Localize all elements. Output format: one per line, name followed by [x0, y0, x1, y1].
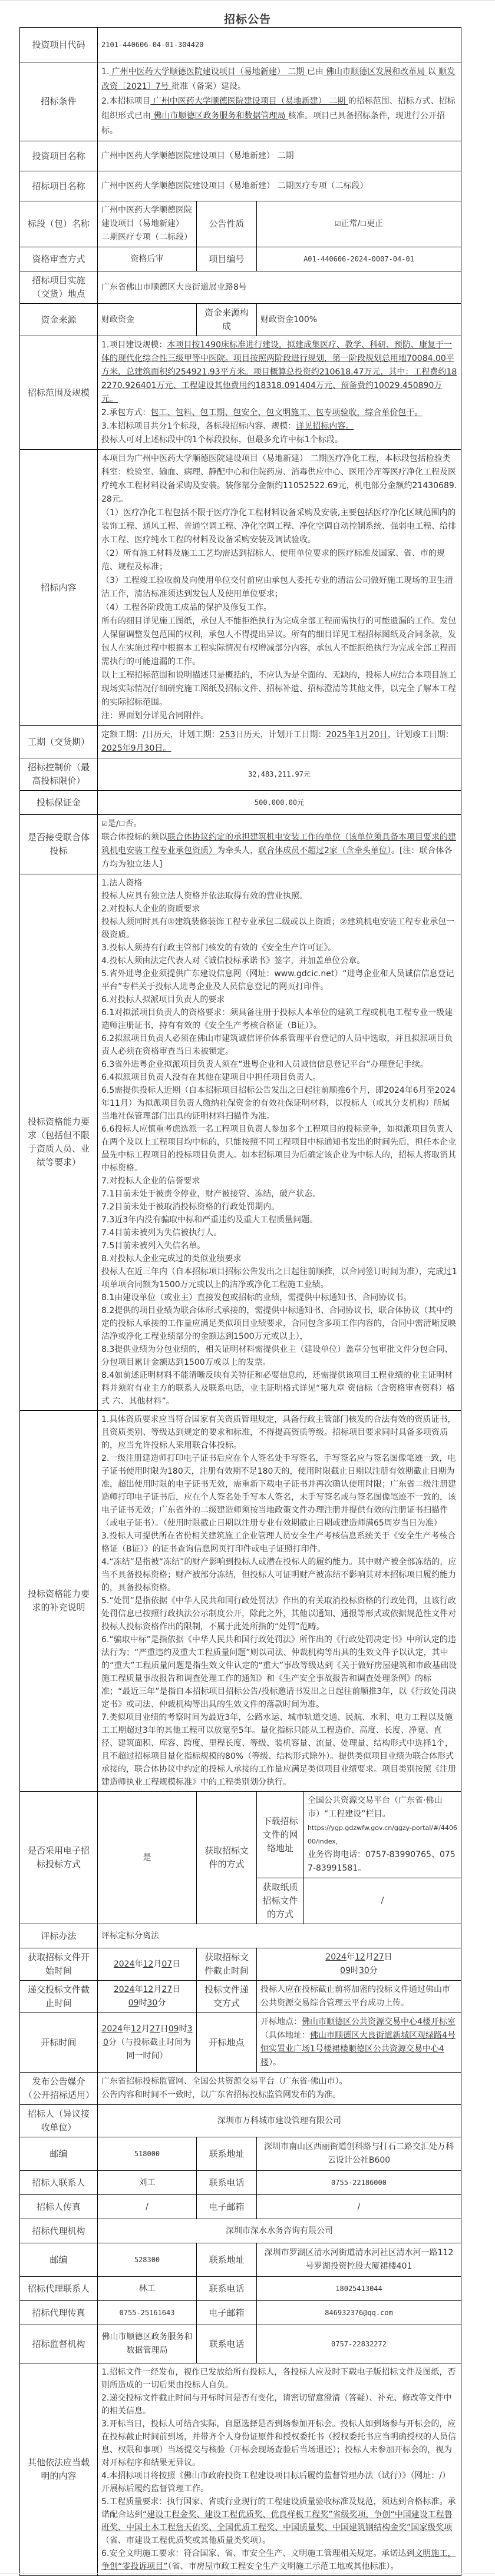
value-agent-zip: 528300 — [98, 2243, 197, 2277]
qualification-line: 6.5需提供投标人近期（自本招标项目招标公告发出之日起往前顺推6个月，即2024… — [101, 1084, 457, 1123]
content-paragraph: （1）医疗净化工程包括不限于医疗净化工程材料设备采购及安装,主要包括医疗净化区域… — [101, 506, 457, 547]
label-invest-name: 投资项目名称 — [20, 141, 98, 171]
other-line: 1.招标文件一经发布，视作已发放给所有投标人，各投标人应及时下载电子版招标文件及… — [101, 2366, 457, 2392]
qualification-line: 4.投标人须由法定代表人对《诚信投标承诺书》签字，并加盖单位公章。 — [101, 954, 457, 967]
qualification-line: 投标人须同时具有①建筑装修装饰工程专业承包二级或以上资质；②建筑机电安装工程专业… — [101, 916, 457, 941]
other-line: 2.递交投标文件截止时间与开标时间是否有变化，请密切留意澄清（答疑）、补充、修改… — [101, 2392, 457, 2418]
qualification-line: 6.1对拟派项目负责人的资格要求：须具备注册于投标人本单位的建筑工程或机电工程专… — [101, 1006, 457, 1032]
row-invest-name: 投资项目名称 广州中医药大学顺德医院建设项目（易地新建） 二期 — [20, 141, 461, 171]
content-paragraph: 注：界面划分详见合同附件。 — [101, 710, 457, 723]
value-nature: ☑正常/☐更正 — [257, 201, 461, 247]
value-condition: 1. 广州中医药大学顺德医院建设项目（易地新建） 二期 已由 佛山市顺德区发展和… — [98, 62, 461, 141]
value-paper: / — [304, 1878, 461, 1924]
qualification-line: 7.2目前未处于被取消投标资格的行政处罚期内。 — [101, 1201, 457, 1214]
label-tenderer-email: 电子邮箱 — [197, 2195, 257, 2219]
value-agent-addr: 深圳市罗湖区清水河街道清水河社区清水河一路112号罗湖投资控股大厦裙楼401 — [257, 2243, 461, 2277]
qualification-line: 6.对投标人拟派项目负责人的要求 — [101, 993, 457, 1006]
label-opening-place: 开标地点 — [197, 2013, 257, 2073]
row-scope: 招标范围及规模 1.项目建设规模：本项目按1490床标准进行建设，拟建成集医疗、… — [20, 336, 461, 450]
value-electronic: 是 — [98, 1792, 197, 1924]
download-link[interactable]: https://ygp.gdzwfw.gov.cn/ggzy-portal/#/… — [308, 1821, 457, 1848]
qualification-line: 8.1由建设单位（或业主）直接发包或招标的业绩，需提供中标通知书、合同协议书。 — [101, 1291, 457, 1304]
label-paper: 获取纸质招标文件的方式 — [257, 1878, 304, 1924]
qualification-line: 1.法人资格 — [101, 877, 457, 890]
supplement-line: 6.“骗取中标”是指依据《中华人民共和国行政处罚法》所作出的《行政处罚决定书》中… — [101, 1633, 457, 1711]
label-agent-phone: 联系电话 — [197, 2277, 257, 2301]
supplement-line: 3.投标人可提供所在省份相关建筑施工企业管理人员安全生产考核信息系统关于《安全生… — [101, 1530, 457, 1556]
row-agent-zip: 邮编 528300 联系地址 深圳市罗湖区清水河街道清水河社区清水河一路112号… — [20, 2243, 461, 2277]
row-tenderer-contact: 招标人联系人 刘工 联系电话 0755-22186000 — [20, 2171, 461, 2195]
page-title: 招标公告 — [0, 12, 495, 27]
supplement-line: 4.“冻结”是指被“冻结”的财产影响到投标人或潜在投标人的履约能力。其中财产被全… — [101, 1556, 457, 1594]
qualification-line: 8.对投标人企业完成过的类似业绩要求 — [101, 1252, 457, 1265]
supplement-line: 7.类似项目业绩的考察时间为最近3年，公路水运、城市轨道交通、民航、水利、电力工… — [101, 1711, 457, 1789]
content-paragraph: 以上工程招标范围和说明描述只是概括的，不应认为是全面的、无缺的，投标人应结合本项… — [101, 669, 457, 710]
label-supervisor: 招标监督机构 — [20, 2325, 98, 2363]
value-agent: 深圳市深水水务咨询有限公司 — [98, 2219, 461, 2243]
label-qualification: 投标资格能力要求（包括但不限于资质人员、业绩等要求） — [20, 874, 98, 1411]
label-tenderer-fax: 招标人传真 — [20, 2195, 98, 2219]
checkbox-yes-checked-icon: ☑ — [101, 820, 108, 828]
value-project-code: 2101-440606-04-01-304420 — [98, 28, 461, 62]
row-funds: 资金来源 财政资金 资金来源构成 财政资金100% — [20, 304, 461, 336]
label-project-no: 项目编号 — [197, 247, 257, 271]
supplement-line: 1.具体资质要求应当符合国家有关资质管理规定，具备行政主管部门核发的合法有效的资… — [101, 1413, 457, 1452]
value-funds: 财政资金 — [98, 304, 197, 336]
value-media: 广东省招标投标监管网、全国公共资源交易平台（广东省·佛山市）。 公告内容和时间不… — [98, 2073, 461, 2105]
value-supervisor: 佛山市顺德区政务服务和数据管理局 — [98, 2325, 197, 2363]
value-tenderer-email: / — [257, 2195, 461, 2219]
label-obtain-end: 获取招标文件截止时间 — [197, 1948, 257, 1981]
value-tenderer-fax: / — [98, 2195, 197, 2219]
row-content: 招标内容 本项目为广州中医药大学顺德医院建设项目（易地新建） 二期医疗净化工程，… — [20, 450, 461, 726]
value-obtain-end: 2024年12月27日 09时30分 — [257, 1948, 461, 1981]
label-agent: 招标代理机构 — [20, 2219, 98, 2243]
content-paragraph: 所有的细目详见施工图纸，承包人不能拒绝执行为完成全部工程而需执行的可能遗漏的工作… — [101, 615, 457, 669]
label-location: 招标项目实施（交货）地点 — [20, 271, 98, 304]
notice-page: 招标公告 投资项目代码 2101-440606-04-01-304420 招标条… — [0, 0, 495, 2576]
label-nature: 公告性质 — [197, 201, 257, 247]
row-condition: 招标条件 1. 广州中医药大学顺德医院建设项目（易地新建） 二期 已由 佛山市顺… — [20, 62, 461, 141]
value-section: 广州中医药大学顺德医院建设项目（易地新建） 二期医疗专项（二标段） — [98, 201, 197, 247]
supplement-line: 2.一级注册建造师打印电子证书后应在个人签名处手写签名，手写签名应与签名图像笔迹… — [101, 1452, 457, 1530]
value-location: 广东省佛山市顺德区大良街道展业路8号 — [98, 271, 461, 304]
value-content: 本项目为广州中医药大学顺德医院建设项目（易地新建） 二期医疗净化工程，本标段包括… — [98, 450, 461, 726]
bottom-divider — [0, 2573, 495, 2574]
label-media: 发布公告媒介（公开招标适用） — [20, 2073, 98, 2105]
qualification-line: 2.对投标人企业的资质要求 — [101, 903, 457, 916]
value-evaluation: 评标定标分离法 — [98, 1924, 461, 1948]
label-download-url: 下载招标文件的网络地址 — [257, 1792, 304, 1878]
value-supplement: 1.具体资质要求应当符合国家有关资质管理规定，具备行政主管部门核发的合法有效的资… — [98, 1411, 461, 1792]
content-paragraph: 本项目为广州中医药大学顺德医院建设项目（易地新建） 二期医疗净化工程，本标段包括… — [101, 452, 457, 506]
label-review: 资格审查方式 — [20, 247, 98, 271]
label-project-code: 投资项目代码 — [20, 28, 98, 62]
label-agent-email: 电子邮箱 — [197, 2301, 257, 2325]
label-content: 招标内容 — [20, 450, 98, 726]
qualification-line: 6.3省外进粤企业拟派项目负责人须在“进粤企业和人员诚信信息登记平台”办理登记手… — [101, 1058, 457, 1071]
value-download: 全国公共资源交易平台（广东省·佛山市）“工程建设”栏目。 https://ygp… — [304, 1792, 461, 1878]
label-deposit: 投标保证金 — [20, 791, 98, 815]
row-evaluation: 评标办法 评标定标分离法 — [20, 1924, 461, 1948]
label-tenderer-contact: 招标人联系人 — [20, 2171, 98, 2195]
qualification-line: 5.省外进粤企业须提供广东建设信息网（网址：www.gdcic.net）“进粤企… — [101, 967, 457, 993]
row-qualification: 投标资格能力要求（包括但不限于资质人员、业绩等要求） 1.法人资格投标人应具有独… — [20, 874, 461, 1411]
qualification-line: 投标人在近三年内（自本招标项目招标公告发出之日起往前顺推，以合同签订时间为准），… — [101, 1265, 457, 1291]
label-evaluation: 评标办法 — [20, 1924, 98, 1948]
qualification-line: 7.5目前未被列入失信名单。 — [101, 1239, 457, 1252]
row-electronic: 是否采用电子招标投标方式 是 获取招标文件的方式 下载招标文件的网络地址 全国公… — [20, 1792, 461, 1878]
label-supervisor-phone: 联系电话 — [197, 2325, 257, 2363]
row-obtain-time: 获取招标文件开始时间 2024年12月07日 获取招标文件截止时间 2024年1… — [20, 1948, 461, 1981]
other-line: 4.本招标项目将按照《佛山市政府投资工程建设项目标后履约监督管理办法（试行）》（… — [101, 2469, 457, 2495]
row-supervisor: 招标监督机构 佛山市顺德区政务服务和数据管理局 联系电话 0757-228322… — [20, 2325, 461, 2363]
qualification-line: 7.对投标人企业的信誉要求 — [101, 1175, 457, 1188]
label-section: 标段（包）名称 — [20, 201, 98, 247]
value-scope: 1.项目建设规模：本项目按1490床标准进行建设，拟建成集医疗、教学、科研、预防… — [98, 336, 461, 450]
label-consortium: 是否接受联合体投标 — [20, 815, 98, 874]
qualification-line: 6.2拟派项目负责人必须在佛山市建筑诚信评价体系管理平台登记的人员中选取，并且拟… — [101, 1032, 457, 1058]
value-qualification: 1.法人资格投标人应具有独立法人资格并依法取得有效的营业执照。2.对投标人企业的… — [98, 874, 461, 1411]
qualification-line: 7.4目前未被列为失信被执行人。 — [101, 1226, 457, 1239]
value-bid-name: 广州中医药大学顺德医院建设项目（易地新建） 二期医疗专项（二标段） — [98, 171, 461, 201]
label-tenderer-zip: 邮编 — [20, 2137, 98, 2171]
row-submit: 递交投标文件截止时间 2024年12月27日 09时30分 投标文件递交方式 投… — [20, 1981, 461, 2013]
label-tenderer-phone: 联系电话 — [197, 2171, 257, 2195]
label-scope: 招标范围及规模 — [20, 336, 98, 450]
row-section: 标段（包）名称 广州中医药大学顺德医院建设项目（易地新建） 二期医疗专项（二标段… — [20, 201, 461, 247]
row-consortium: 是否接受联合体投标 ☑是/☐否。 联合体投标的须以联合体协议约定的承担建筑机电安… — [20, 815, 461, 874]
value-submit-method: 投标人应在投标截止前将加密的投标文件通过佛山市公共资源交易综合管理云平台成功上传… — [257, 1981, 461, 2013]
value-review: 资格后审 — [98, 247, 197, 271]
label-agent-contact: 招标代理联系人 — [20, 2277, 98, 2301]
label-agent-fax: 招标代理传真 — [20, 2301, 98, 2325]
value-opening-place: 开标地点：佛山市顺德区公共资源交易中心4楼开标室（具体地址：佛山市顺德区大良街道… — [257, 2013, 461, 2073]
value-opening-time: 2024年12月27日09时30分（与投标截止时间为同一时间） — [98, 2013, 197, 2073]
row-control-price: 招标控制价（最高投标限价） 32,483,211.97元 — [20, 758, 461, 791]
qualification-line: 投标人应具有独立法人资格并依法取得有效的营业执照。 — [101, 890, 457, 903]
row-location: 招标项目实施（交货）地点 广东省佛山市顺德区大良街道展业路8号 — [20, 271, 461, 304]
value-control-price: 32,483,211.97元 — [98, 758, 461, 791]
label-submit-deadline: 递交投标文件截止时间 — [20, 1981, 98, 2013]
label-obtain-method: 获取招标文件的方式 — [197, 1792, 257, 1924]
label-opening-time: 开标时间 — [20, 2013, 98, 2073]
row-other: 其他依法应当载明的内容 1.招标文件一经发布，视作已发放给所有投标人，各投标人应… — [20, 2363, 461, 2576]
value-obtain-start: 2024年12月07日 — [98, 1948, 197, 1981]
value-invest-name: 广州中医药大学顺德医院建设项目（易地新建） 二期 — [98, 141, 461, 171]
value-submit-deadline: 2024年12月27日 09时30分 — [98, 1981, 197, 2013]
label-obtain-start: 获取招标文件开始时间 — [20, 1948, 98, 1981]
supplement-line: 5.“处罚”是指依据《中华人民共和国行政处罚法》作出的有关取消投标资格的行政处罚… — [101, 1594, 457, 1633]
row-agent: 招标代理机构 深圳市深水水务咨询有限公司 — [20, 2219, 461, 2243]
label-tenderer-addr: 联系地址 — [197, 2137, 257, 2171]
label-other: 其他依法应当载明的内容 — [20, 2363, 98, 2576]
checkbox-normal-checked-icon: ☑ — [335, 220, 341, 228]
content-paragraph: （4）工程各阶段施工成品的保护及修复工作。 — [101, 601, 457, 615]
qualification-line: 6.6投标人应慎重考虑选派一名工程项目负责人参加多个工程项目的投标竞争，如拟派项… — [101, 1123, 457, 1175]
value-tenderer: 深圳市万科城市建设管理有限公司 — [98, 2105, 461, 2137]
value-tenderer-phone: 0755-22186000 — [257, 2171, 461, 2195]
value-agent-contact: 林工 — [98, 2277, 197, 2301]
label-agent-zip: 邮编 — [20, 2243, 98, 2277]
label-funds: 资金来源 — [20, 304, 98, 336]
qualification-line: 8.2提供的项目业绩为联合体形式承接的，需提供中标通知书、合同协议书，联合体协议… — [101, 1304, 457, 1343]
row-deposit: 投标保证金 500,000.00元 — [20, 791, 461, 815]
row-tenderer: 招标人（异议接收单位） 深圳市万科城市建设管理有限公司 — [20, 2105, 461, 2137]
checkbox-no-unchecked-icon: ☐ — [118, 820, 125, 828]
label-supplement: 投标资格能力要求的补充说明 — [20, 1411, 98, 1792]
content-paragraph: （2）所有施工材料及施工工艺均需达到招标人、使用单位要求的医疗标准及国家、省、市… — [101, 547, 457, 574]
value-tenderer-contact: 刘工 — [98, 2171, 197, 2195]
label-bid-name: 招标项目名称 — [20, 171, 98, 201]
label-tenderer: 招标人（异议接收单位） — [20, 2105, 98, 2137]
label-condition: 招标条件 — [20, 62, 98, 141]
qualification-line: 8.3提供业绩为分包业绩的，相关证明材料需提供业主（建设单位）盖章分包审批文件分… — [101, 1343, 457, 1369]
qualification-line: 8.4如前述证明材料不能清晰反映有关特征和必要信息的，还需提供该项目工程业绩的业… — [101, 1369, 457, 1408]
row-project-code: 投资项目代码 2101-440606-04-01-304420 — [20, 28, 461, 62]
label-submit-method: 投标文件递交方式 — [197, 1981, 257, 2013]
checkbox-correction-unchecked-icon: ☐ — [360, 220, 367, 228]
row-supplement: 投标资格能力要求的补充说明 1.具体资质要求应当符合国家有关资质管理规定，具备行… — [20, 1411, 461, 1792]
row-bid-name: 招标项目名称 广州中医药大学顺德医院建设项目（易地新建） 二期医疗专项（二标段） — [20, 171, 461, 201]
label-control-price: 招标控制价（最高投标限价） — [20, 758, 98, 791]
content-paragraph: （3）工程竣工验收前及向使用单位交付前应由承包人委托专业的清洁公司做好施工现场的… — [101, 574, 457, 601]
other-line: 6.安全文明施工要求：符合国家、省、市安全生产、文明施工管理相关规定。承诺达到文… — [101, 2547, 457, 2573]
qualification-line: 7.1目前未处于被责令停业，财产被接管、冻结，破产状态。 — [101, 1188, 457, 1201]
value-period: 定额工期：/日历天，计划工期：253日历天，计划开工日期：2025年1月20日，… — [98, 726, 461, 758]
value-agent-fax: 0755-25161643 — [98, 2301, 197, 2325]
qualification-line: 3.投标人须持有行政主管部门核发的有效的《安全生产许可证》。 — [101, 941, 457, 954]
value-funds-compose: 财政资金100% — [257, 304, 461, 336]
row-opening: 开标时间 2024年12月27日09时30分（与投标截止时间为同一时间） 开标地… — [20, 2013, 461, 2073]
value-agent-phone: 18025413044 — [257, 2277, 461, 2301]
notice-table: 投资项目代码 2101-440606-04-01-304420 招标条件 1. … — [19, 27, 461, 2576]
value-supervisor-phone: 0757-22832272 — [257, 2325, 461, 2363]
label-agent-addr: 联系地址 — [197, 2243, 257, 2277]
row-agent-contact: 招标代理联系人 林工 联系电话 18025413044 — [20, 2277, 461, 2301]
value-tenderer-addr: 深圳市南山区西丽街道创科路与打石二路交汇处万科云设计公社B600 — [257, 2137, 461, 2171]
qualification-line: 7.3近3年内没有骗取中标和严重违约及重大工程质量问题。 — [101, 1214, 457, 1226]
label-period: 工期（交货期） — [20, 726, 98, 758]
value-project-no: A01-440606-2024-0007-04-01 — [257, 247, 461, 271]
value-agent-email[interactable]: 846932376@qq.com — [257, 2301, 461, 2325]
label-electronic: 是否采用电子招标投标方式 — [20, 1792, 98, 1924]
value-deposit: 500,000.00元 — [98, 791, 461, 815]
other-line: 3.开标当日，投标人可结合实际，自愿选择是否到场参加开标会。投标人如到场参与开标… — [101, 2418, 457, 2469]
row-agent-fax: 招标代理传真 0755-25161643 电子邮箱 846932376@qq.c… — [20, 2301, 461, 2325]
row-tenderer-fax: 招标人传真 / 电子邮箱 / — [20, 2195, 461, 2219]
value-tenderer-zip: 518000 — [98, 2137, 197, 2171]
row-media: 发布公告媒介（公开招标适用） 广东省招标投标监管网、全国公共资源交易平台（广东省… — [20, 2073, 461, 2105]
value-other: 1.招标文件一经发布，视作已发放给所有投标人，各投标人应及时下载电子版招标文件及… — [98, 2363, 461, 2576]
row-tenderer-zip: 邮编 518000 联系地址 深圳市南山区西丽街道创科路与打石二路交汇处万科云设… — [20, 2137, 461, 2171]
value-consortium: ☑是/☐否。 联合体投标的须以联合体协议约定的承担建筑机电安装工作的单位（该单位… — [98, 815, 461, 874]
qualification-line: 6.4拟派项目负责人没有在其他在建项目中担任项目负责人。 — [101, 1071, 457, 1084]
row-review: 资格审查方式 资格后审 项目编号 A01-440606-2024-0007-04… — [20, 247, 461, 271]
label-funds-compose: 资金来源构成 — [197, 304, 257, 336]
top-divider — [0, 0, 495, 1]
other-line: 5.工程质量要求：执行国家、省或行业现行的工程建设质量验收标准及规范，须达到合格… — [101, 2495, 457, 2547]
row-period: 工期（交货期） 定额工期：/日历天，计划工期：253日历天，计划开工日期：202… — [20, 726, 461, 758]
